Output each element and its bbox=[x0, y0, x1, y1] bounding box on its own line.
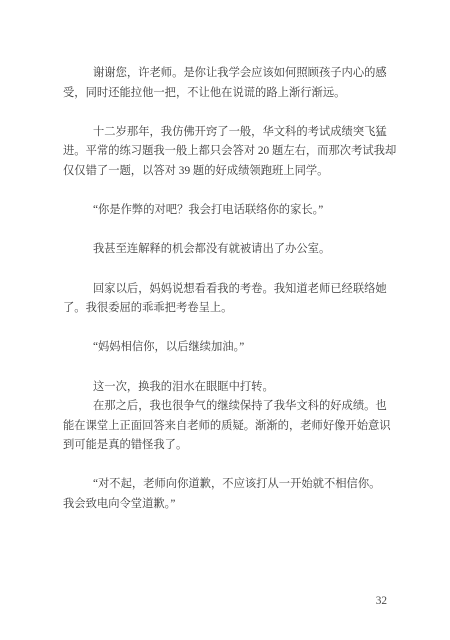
text-line: 我甚至连解释的机会都没有就被请出了办公室。 bbox=[63, 240, 387, 260]
paragraph: 在那之后，我也很争气的继续保持了我华文科的好成绩。也 能在课堂上正面回答来自老师… bbox=[63, 397, 387, 456]
text-line: 我会致电向令堂道歉。” bbox=[63, 495, 387, 515]
text-line: 谢谢您，许老师。是你让我学会应该如何照顾孩子内心的感 bbox=[63, 64, 387, 84]
paragraph: 谢谢您，许老师。是你让我学会应该如何照顾孩子内心的感 受，同时还能拉他一把，不让… bbox=[63, 64, 387, 103]
text-line: 在那之后，我也很争气的继续保持了我华文科的好成绩。也 bbox=[63, 397, 387, 417]
text-line: 十二岁那年，我仿佛开窍了一般，华文科的考试成绩突飞猛 bbox=[63, 123, 387, 143]
paragraph: 十二岁那年，我仿佛开窍了一般，华文科的考试成绩突飞猛 进。平常的练习题我一般上都… bbox=[63, 123, 387, 182]
text-line: 这一次，换我的泪水在眼眶中打转。 bbox=[63, 378, 387, 398]
paragraph-quote: “你是作弊的对吧？我会打电话联络你的家长。” bbox=[63, 201, 387, 221]
text-line: 回家以后，妈妈说想看看我的考卷。我知道老师已经联络她 bbox=[63, 280, 387, 300]
text-line: “你是作弊的对吧？我会打电话联络你的家长。” bbox=[63, 201, 387, 221]
paragraph: 我甚至连解释的机会都没有就被请出了办公室。 bbox=[63, 240, 387, 260]
text-line: 进。平常的练习题我一般上都只会答对 20 题左右，而那次考试我却 bbox=[63, 142, 387, 162]
text-line: “妈妈相信你，以后继续加油。” bbox=[63, 338, 387, 358]
page-content: 谢谢您，许老师。是你让我学会应该如何照顾孩子内心的感 受，同时还能拉他一把，不让… bbox=[63, 64, 387, 534]
paragraph-quote: “妈妈相信你，以后继续加油。” bbox=[63, 338, 387, 358]
text-line: “对不起，老师向你道歉，不应该打从一开始就不相信你。 bbox=[63, 475, 387, 495]
text-line: 仅仅错了一题，以答对 39 题的好成绩领跑班上同学。 bbox=[63, 162, 387, 182]
text-line: 到可能是真的错怪我了。 bbox=[63, 436, 387, 456]
page-number: 32 bbox=[376, 594, 387, 608]
text-line: 受，同时还能拉他一把，不让他在说谎的路上渐行渐远。 bbox=[63, 84, 387, 104]
text-line: 能在课堂上正面回答来自老师的质疑。渐渐的，老师好像开始意识 bbox=[63, 417, 387, 437]
paragraph-quote: “对不起，老师向你道歉，不应该打从一开始就不相信你。 我会致电向令堂道歉。” bbox=[63, 475, 387, 514]
paragraph: 回家以后，妈妈说想看看我的考卷。我知道老师已经联络她 了。我很委屈的乖乖把考卷呈… bbox=[63, 280, 387, 319]
paragraph: 这一次，换我的泪水在眼眶中打转。 bbox=[63, 378, 387, 398]
text-line: 了。我很委屈的乖乖把考卷呈上。 bbox=[63, 299, 387, 319]
document-page: 谢谢您，许老师。是你让我学会应该如何照顾孩子内心的感 受，同时还能拉他一把，不让… bbox=[0, 0, 450, 640]
